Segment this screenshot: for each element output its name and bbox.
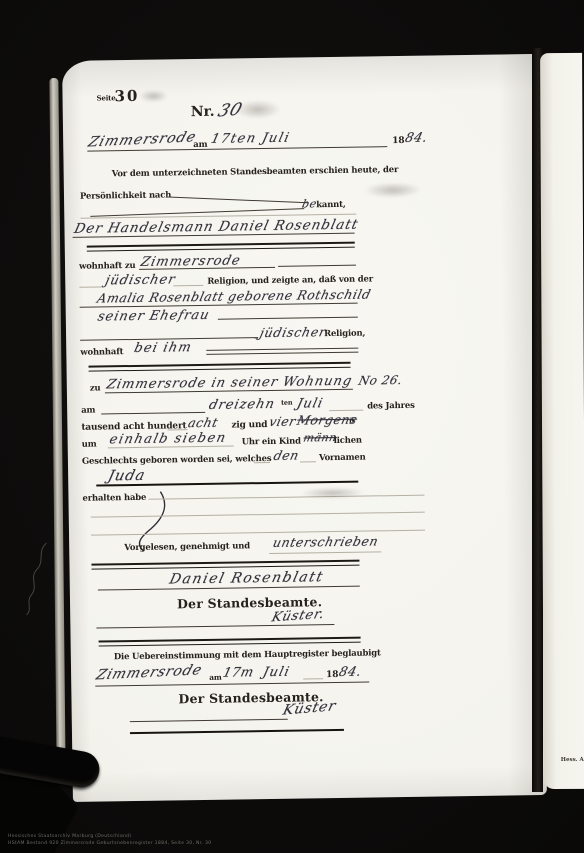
birth-day: dreizehn <box>207 397 276 413</box>
ink-bleed-2 <box>300 487 364 500</box>
dateline-place: Zimmersrode <box>86 129 199 150</box>
certification-month: Juli <box>261 665 291 680</box>
adjacent-page-edge: Hess. A <box>540 53 584 789</box>
certification-year-script: 84. <box>337 665 363 680</box>
final-rule <box>130 729 344 734</box>
dash-5 <box>300 461 316 462</box>
mother-relation: seiner Ehefrau <box>96 308 211 325</box>
religion2-printed: Religion, <box>324 329 365 340</box>
scanned-register-photo: Seite 30 Nr. 30 Zimmersrode am 17ten Jul… <box>0 0 584 853</box>
page-label: Seite <box>96 93 115 102</box>
registrar1-line <box>96 624 334 629</box>
birth-des-jahres: des Jahres <box>367 401 415 412</box>
certification-am: am <box>209 673 222 682</box>
child-name: Juda <box>106 468 147 485</box>
birth-day-fill <box>101 412 205 415</box>
dateline-day-month: 17ten Juli <box>209 131 291 147</box>
registrar-signature-1: Küster. <box>270 607 327 626</box>
birth-vier: vier <box>268 414 298 429</box>
double-rule-2 <box>89 362 351 371</box>
strike-line-1 <box>168 197 308 204</box>
residence2-script: bei ihm <box>133 340 194 356</box>
page-number: 30 <box>114 87 139 105</box>
intro-line2: Persönlichkeit nach <box>80 190 171 201</box>
dash-1 <box>79 286 101 287</box>
residence2-line-a <box>206 348 358 351</box>
dash-2 <box>173 285 203 286</box>
dash-6 <box>303 678 323 679</box>
birth-am-label: am <box>81 406 95 416</box>
certification-day: 17m <box>221 665 255 681</box>
birth-ten-suffix: ten <box>281 399 292 407</box>
religion2-script: jüdischer <box>258 324 327 340</box>
residence2-line-b <box>206 352 358 355</box>
double-rule-1 <box>87 242 355 252</box>
margin-scribble <box>19 539 54 620</box>
stamp-smudge-2 <box>235 100 281 120</box>
watermark-line-1: Hessisches Staatsarchiv Marburg (Deutsch… <box>8 834 131 839</box>
watermark-line-2: HStAM Bestand 920 Zimmersrode Geburtsneb… <box>8 841 211 846</box>
birth-vornamen: Vornamen <box>319 453 366 464</box>
relation-fill-line <box>218 317 358 320</box>
residence-label: wohnhaft zu <box>79 261 136 272</box>
birth-month: Juli <box>295 396 324 411</box>
certification-line: Die Uebereinstimmung mit dem Hauptregist… <box>114 648 381 662</box>
residence-fill-line <box>278 265 356 267</box>
registrar-signature-2: Küster <box>281 698 338 718</box>
birth-house-no: No 26. <box>357 373 404 388</box>
birth-lichen: lichen <box>334 436 362 446</box>
margin-note-hess: Hess. A <box>561 757 584 763</box>
residence2-label: wohnhaft <box>80 347 123 358</box>
unterschrieben-underline <box>269 551 381 554</box>
bekannt-printed: kannt, <box>316 200 346 210</box>
certification-underline <box>95 682 369 687</box>
birth-acht: acht <box>187 415 220 430</box>
register-page: Seite 30 Nr. 30 Zimmersrode am 17ten Jul… <box>62 54 547 802</box>
certification-place: Zimmersrode <box>94 662 204 683</box>
double-rule-3 <box>91 560 359 570</box>
dateline-year-script: 84. <box>403 131 429 146</box>
registrar2-line <box>130 719 288 722</box>
religion1-printed: Religion, und zeigte an, daß von der <box>207 274 373 286</box>
birth-zu-label: zu <box>90 383 101 393</box>
intro-line1: Vor dem unterzeichneten Standesbeamten e… <box>112 165 399 179</box>
declarant-signature: Daniel Rosenblatt <box>168 569 326 587</box>
closing-vorgelesen: Vorgelesen, genehmigt und <box>124 541 250 553</box>
birth-uhr-kind: Uhr ein Kind <box>242 436 301 447</box>
birth-um-label: um <box>82 440 97 450</box>
religion1-script: jüdischer <box>104 272 178 288</box>
stamp-smudge-1 <box>138 89 168 102</box>
record-number-label: Nr. <box>191 104 215 120</box>
double-rule-4 <box>99 637 361 646</box>
birth-mark: ö <box>349 416 354 425</box>
birth-zig-und: zig und <box>231 420 267 431</box>
ink-bleed-1 <box>364 182 422 199</box>
closing-unterschrieben: unterschrieben <box>271 533 380 550</box>
birth-den: den <box>272 448 300 463</box>
birth-geschlechts: Geschlechts geboren worden sei, welches <box>82 454 272 467</box>
blank-line-1 <box>149 495 425 500</box>
